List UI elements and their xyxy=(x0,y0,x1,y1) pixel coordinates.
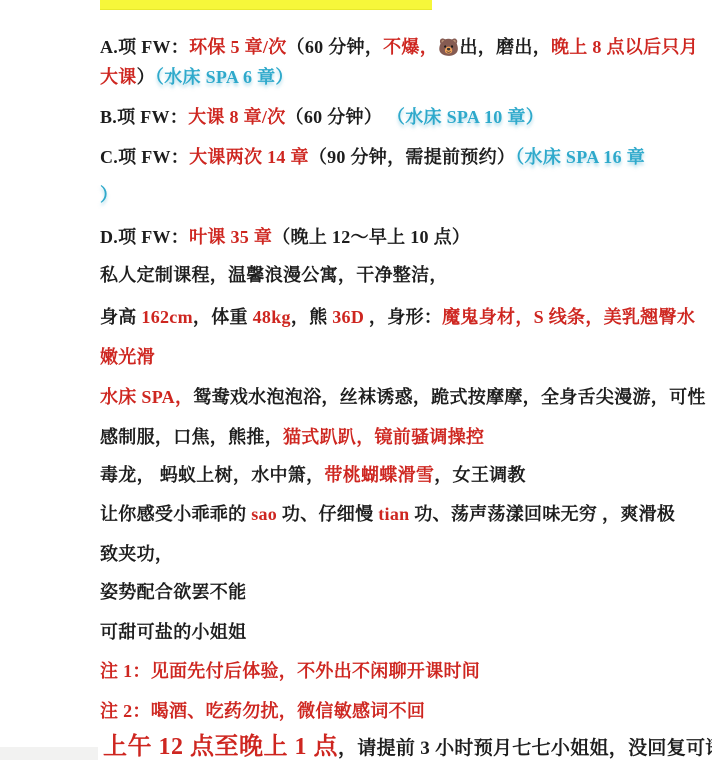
text-segment: 嫩光滑 xyxy=(100,347,155,367)
text-segment: 可甜可盐的小姐姐 xyxy=(100,622,246,642)
text-segment: 晚上 8 点以后只月 xyxy=(551,37,698,57)
text-segment: 功、仔细慢 xyxy=(277,504,378,524)
text-segment: （晚上 12～早上 10 点） xyxy=(272,227,470,247)
text-segment: A.项 FW： xyxy=(100,37,189,57)
text-segment: 私人定制课程，温馨浪漫公寓，干净整洁， xyxy=(100,265,448,285)
text-segment: ） xyxy=(137,67,155,87)
text-segment: ，女王调教 xyxy=(434,465,526,485)
text-segment: 环保 5 章/次 xyxy=(189,37,286,57)
text-segment: 注 2：喝酒、吃药勿扰，微信敏感词不回 xyxy=(100,701,425,721)
line-stats-1: 身高 162cm，体重 48kg，熊 36D ，身形：魔鬼身材，S 线条，美乳翘… xyxy=(100,306,695,328)
text-segment: ，体重 xyxy=(193,307,253,327)
line-item-d: D.项 FW：叶课 35 章（晚上 12～早上 10 点） xyxy=(100,226,470,248)
text-segment: 大课 xyxy=(100,67,137,87)
text-segment: 注 1：见面先付后体验，不外出不闲聊开课时间 xyxy=(100,661,480,681)
text-segment: 身高 xyxy=(100,307,141,327)
text-segment: ） xyxy=(100,185,118,205)
text-segment: 大课两次 14 章 xyxy=(189,147,309,167)
text-segment: 让你感受小乖乖的 xyxy=(100,504,251,524)
text-segment: 出，磨出， xyxy=(460,37,552,57)
text-segment: （水床 SPA 10 章） xyxy=(382,107,544,127)
line-item-a-1: A.项 FW：环保 5 章/次（60 分钟，不爆，🐻出，磨出，晚上 8 点以后只… xyxy=(100,36,698,59)
text-segment: 叶课 35 章 xyxy=(189,227,272,247)
text-segment: C.项 FW： xyxy=(100,147,189,167)
line-stats-2: 嫩光滑 xyxy=(100,346,155,368)
text-segment: tian xyxy=(378,504,409,524)
text-segment: sao xyxy=(251,504,277,524)
line-item-a-2: 大课）（水床 SPA 6 章） xyxy=(100,66,294,88)
text-segment: 致夹功， xyxy=(100,544,173,564)
text-segment: D.项 FW： xyxy=(100,227,189,247)
text-segment: 感制服，口焦，熊推， xyxy=(100,427,283,447)
text-segment: ，请提前 3 小时预月七七小姐姐，没回复可语 xyxy=(338,738,712,759)
text-segment: 48kg xyxy=(253,307,291,327)
line-tagline-2: 可甜可盐的小姐姐 xyxy=(100,621,246,643)
line-note-1: 注 1：见面先付后体验，不外出不闲聊开课时间 xyxy=(100,660,480,682)
text-segment: 36D xyxy=(332,307,364,327)
text-segment: ，身形： xyxy=(364,307,442,327)
text-segment: （水床 SPA 16 章 xyxy=(515,147,645,167)
line-item-c-2: ） xyxy=(100,184,118,206)
text-segment: （90 分钟，需提前预约） xyxy=(309,147,515,167)
line-intro: 私人定制课程，温馨浪漫公寓，干净整洁， xyxy=(100,264,448,286)
text-segment: 162cm xyxy=(141,307,192,327)
text-segment: （60 分钟， xyxy=(287,37,384,57)
text-segment: B.项 FW： xyxy=(100,107,188,127)
line-booking-hours: 上午 12 点至晚上 1 点，请提前 3 小时预月七七小姐姐，没回复可语 xyxy=(103,734,712,760)
text-segment: 大课 8 章/次 xyxy=(188,107,285,127)
text-segment: 带桃蝴蝶滑雪 xyxy=(324,465,434,485)
text-segment: 魔鬼身材，S 线条，美乳翘臀水 xyxy=(442,307,695,327)
line-services-4: 让你感受小乖乖的 sao 功、仔细慢 tian 功、荡声荡漾回味无穷 ，爽滑极 xyxy=(100,503,675,525)
line-services-5: 致夹功， xyxy=(100,543,173,565)
line-services-3: 毒龙， 蚂蚁上树，水中箫，带桃蝴蝶滑雪，女王调教 xyxy=(100,464,526,486)
text-segment: （60 分钟） xyxy=(286,107,383,127)
text-segment: 姿势配合欲罢不能 xyxy=(100,582,246,602)
document-page: A.项 FW：环保 5 章/次（60 分钟，不爆，🐻出，磨出，晚上 8 点以后只… xyxy=(0,0,712,760)
line-tagline-1: 姿势配合欲罢不能 xyxy=(100,581,246,603)
line-item-b: B.项 FW：大课 8 章/次（60 分钟） （水床 SPA 10 章） xyxy=(100,106,544,128)
line-services-1: 水床 SPA，鸳鸯戏水泡泡浴，丝袜诱惑，跪式按摩摩，全身舌尖漫游，可性 xyxy=(100,386,706,408)
text-segment: 鸳鸯戏水泡泡浴，丝袜诱惑，跪式按摩摩，全身舌尖漫游，可性 xyxy=(193,387,705,407)
text-segment: ，熊 xyxy=(291,307,332,327)
scan-artifact-bar xyxy=(0,747,98,760)
text-segment: 猫式趴趴，镜前骚调操控 xyxy=(283,427,484,447)
text-segment: （水床 SPA 6 章） xyxy=(155,67,294,87)
highlighted-title-bar xyxy=(100,0,432,10)
line-item-c-1: C.项 FW：大课两次 14 章（90 分钟，需提前预约）（水床 SPA 16 … xyxy=(100,146,645,168)
line-services-2: 感制服，口焦，熊推，猫式趴趴，镜前骚调操控 xyxy=(100,426,484,448)
line-note-2: 注 2：喝酒、吃药勿扰，微信敏感词不回 xyxy=(100,700,425,722)
text-segment: 水床 SPA， xyxy=(100,387,193,407)
text-segment: 功、荡声荡漾回味无穷 ，爽滑极 xyxy=(409,504,675,524)
text-segment: 上午 12 点至晚上 1 点 xyxy=(103,734,338,760)
text-segment: 不爆， xyxy=(383,37,438,57)
text-segment: 毒龙， 蚂蚁上树，水中箫， xyxy=(100,465,324,485)
text-segment: 🐻 xyxy=(438,38,459,57)
